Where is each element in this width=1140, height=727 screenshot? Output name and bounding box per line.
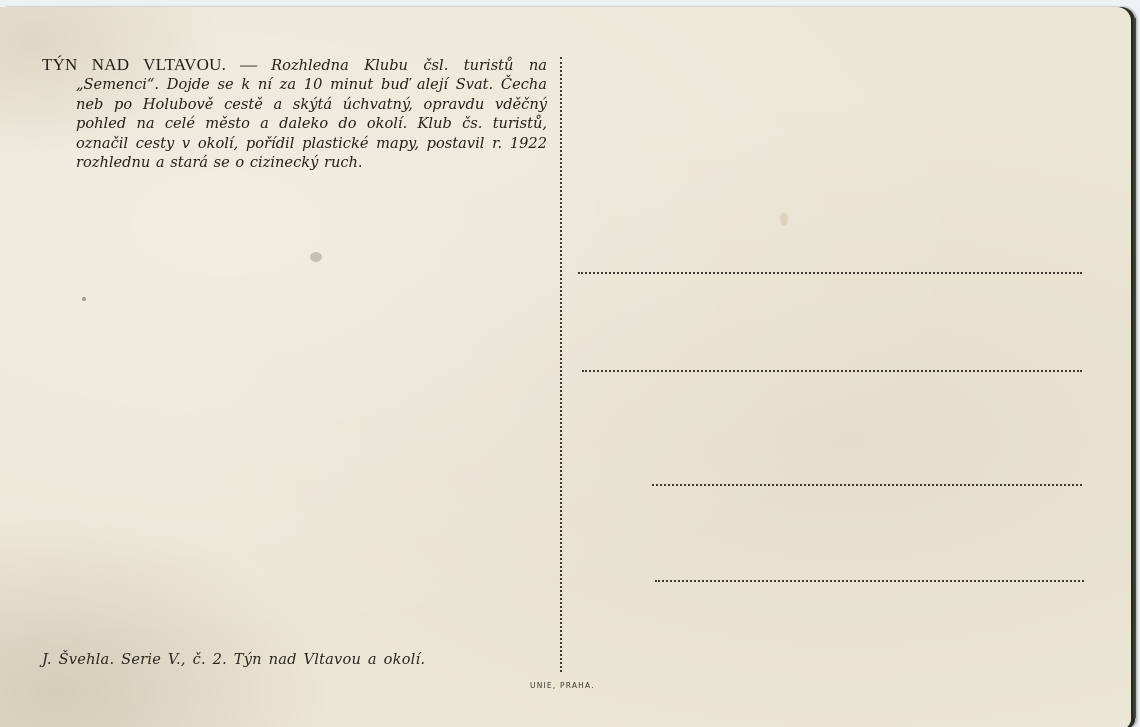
address-line-1 <box>578 272 1082 274</box>
description-paragraph: TÝN NAD VLTAVOU. — Rozhledna Klubu čsl. … <box>42 55 547 172</box>
paper-blemish <box>780 212 788 226</box>
postcard-back: TÝN NAD VLTAVOU. — Rozhledna Klubu čsl. … <box>0 7 1131 727</box>
paper-blemish <box>82 297 86 301</box>
paper-blemish <box>310 252 322 262</box>
printer-imprint: UNIE, PRAHA. <box>530 681 595 690</box>
card-edge-shadow <box>1131 18 1136 718</box>
message-address-divider <box>560 57 562 672</box>
description-dash: — <box>226 55 271 74</box>
series-caption: J. Švehla. Serie V., č. 2. Týn nad Vltav… <box>42 651 425 668</box>
address-line-2 <box>582 370 1082 372</box>
description-title: TÝN NAD VLTAVOU. <box>42 55 226 74</box>
address-line-3 <box>652 484 1082 486</box>
description-text: Rozhledna Klubu čsl. turistů na „Semenci… <box>76 57 547 171</box>
description-block: TÝN NAD VLTAVOU. — Rozhledna Klubu čsl. … <box>42 55 547 172</box>
address-line-4 <box>655 580 1084 582</box>
